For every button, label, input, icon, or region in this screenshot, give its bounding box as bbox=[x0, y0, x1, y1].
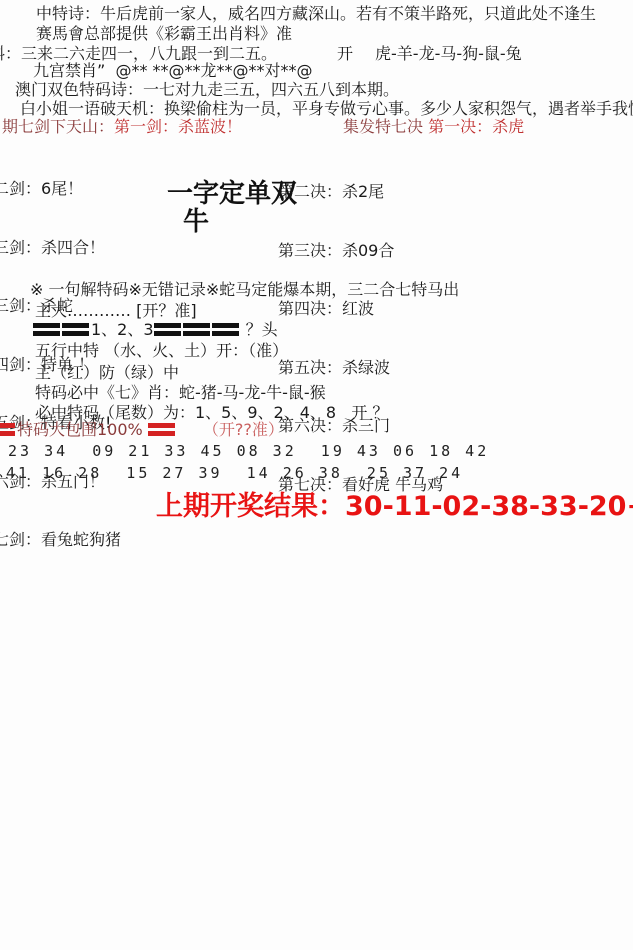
baowei-numbers-row1: 23 34 09 21 33 45 08 32 19 43 06 18 42 bbox=[8, 442, 489, 460]
decisions-header: 集发特七决 第一决：杀虎 bbox=[343, 118, 524, 136]
sword-item: 七剑：看兔蛇狗猪 bbox=[0, 530, 121, 551]
liao-line-open: 开 bbox=[337, 44, 353, 63]
baixiaojie-line: 白小姐一语破天机：换梁偷柱为一员，平身专做亏心事。多少人家积怨气，遇者举手我慌逃 bbox=[20, 100, 633, 118]
last-result-line: 上期开奖结果：30-11-02-38-33-20+24 bbox=[156, 484, 633, 523]
last-result-numbers: 30-11-02-38-33-20+24 bbox=[345, 491, 633, 522]
swords-header: 期七剑下天山：第一剑：杀蓝波！ bbox=[2, 118, 242, 136]
decision-item: 第四决：红波 bbox=[278, 299, 443, 320]
baowei-open-note: （开??准） bbox=[203, 420, 284, 439]
zhongte-poem-line: 中特诗：牛后虎前一家人，威名四方藏深山。若有不策半路死，只道此处不逢生 bbox=[36, 5, 596, 23]
black-bar-icon bbox=[212, 323, 239, 336]
swords-header-label: 期七剑下天山： bbox=[2, 117, 114, 136]
jiugong-line: 九宫禁肖” @** **@**龙**@**对**@ bbox=[33, 62, 313, 80]
bizhong-xiao-line: 特码必中《七》肖：蛇-猪-马-龙-牛-鼠-猴 bbox=[35, 384, 326, 402]
decision-item: 第二决：杀2尾 bbox=[278, 182, 443, 203]
bars-numbers: 1、2、3 bbox=[91, 320, 154, 339]
bars-suffix: ？头 bbox=[241, 320, 278, 339]
black-bar-icon bbox=[154, 323, 181, 336]
saima-line: 赛馬會总部提供《彩霸王出肖料》准 bbox=[36, 25, 292, 43]
decision-item: 第三决：杀09合 bbox=[278, 241, 443, 262]
black-bar-icon bbox=[62, 323, 89, 336]
zhufang-line: 主（红）防（绿）中 bbox=[35, 364, 179, 382]
bars-line: 1、2、3 ？头 bbox=[33, 321, 278, 339]
black-bar-icon bbox=[183, 323, 210, 336]
decision-item: 第五决：杀绿波 bbox=[278, 358, 443, 379]
last-result-label: 上期开奖结果： bbox=[156, 491, 345, 522]
wuxing-line: 五行中特 （水、火、土）开：（准） bbox=[35, 342, 288, 360]
red-bar-icon bbox=[148, 423, 175, 436]
red-bar-icon bbox=[0, 423, 15, 436]
sword-item: 二剑：6尾！ bbox=[0, 179, 121, 200]
baowei-label: 特码大包围100% bbox=[17, 420, 143, 439]
note-line: ※ 一句解特码※无错记录※蛇马定能爆本期，三二合七特马出 bbox=[30, 281, 459, 299]
tips-sheet-page: 中特诗：牛后虎前一家人，威名四方藏深山。若有不策半路死，只道此处不逢生 赛馬會总… bbox=[0, 0, 633, 950]
decisions-header-label: 集发特七决 bbox=[343, 117, 423, 136]
baowei-numbers-row2: 41 16 28 15 27 39 14 26 38 25 37 24 bbox=[6, 464, 463, 482]
decisions-header-value: 第一决：杀虎 bbox=[428, 117, 524, 136]
sword-item: 三剑：杀四合！ bbox=[0, 238, 121, 259]
black-bar-icon bbox=[33, 323, 60, 336]
swords-header-value: 第一剑：杀蓝波！ bbox=[114, 117, 242, 136]
liao-line-zodiacs: 虎-羊-龙-马-狗-鼠-兔 bbox=[375, 44, 522, 63]
baowei-line: 特码大包围100% （开??准） bbox=[0, 421, 284, 439]
center-banner-line2: 牛 bbox=[183, 201, 209, 238]
zhuda-line: 主大………… [开？准] bbox=[35, 302, 197, 320]
aomen-line: 澳门双色特码诗：一七对九走三五，四六五八到本期。 bbox=[15, 81, 399, 99]
